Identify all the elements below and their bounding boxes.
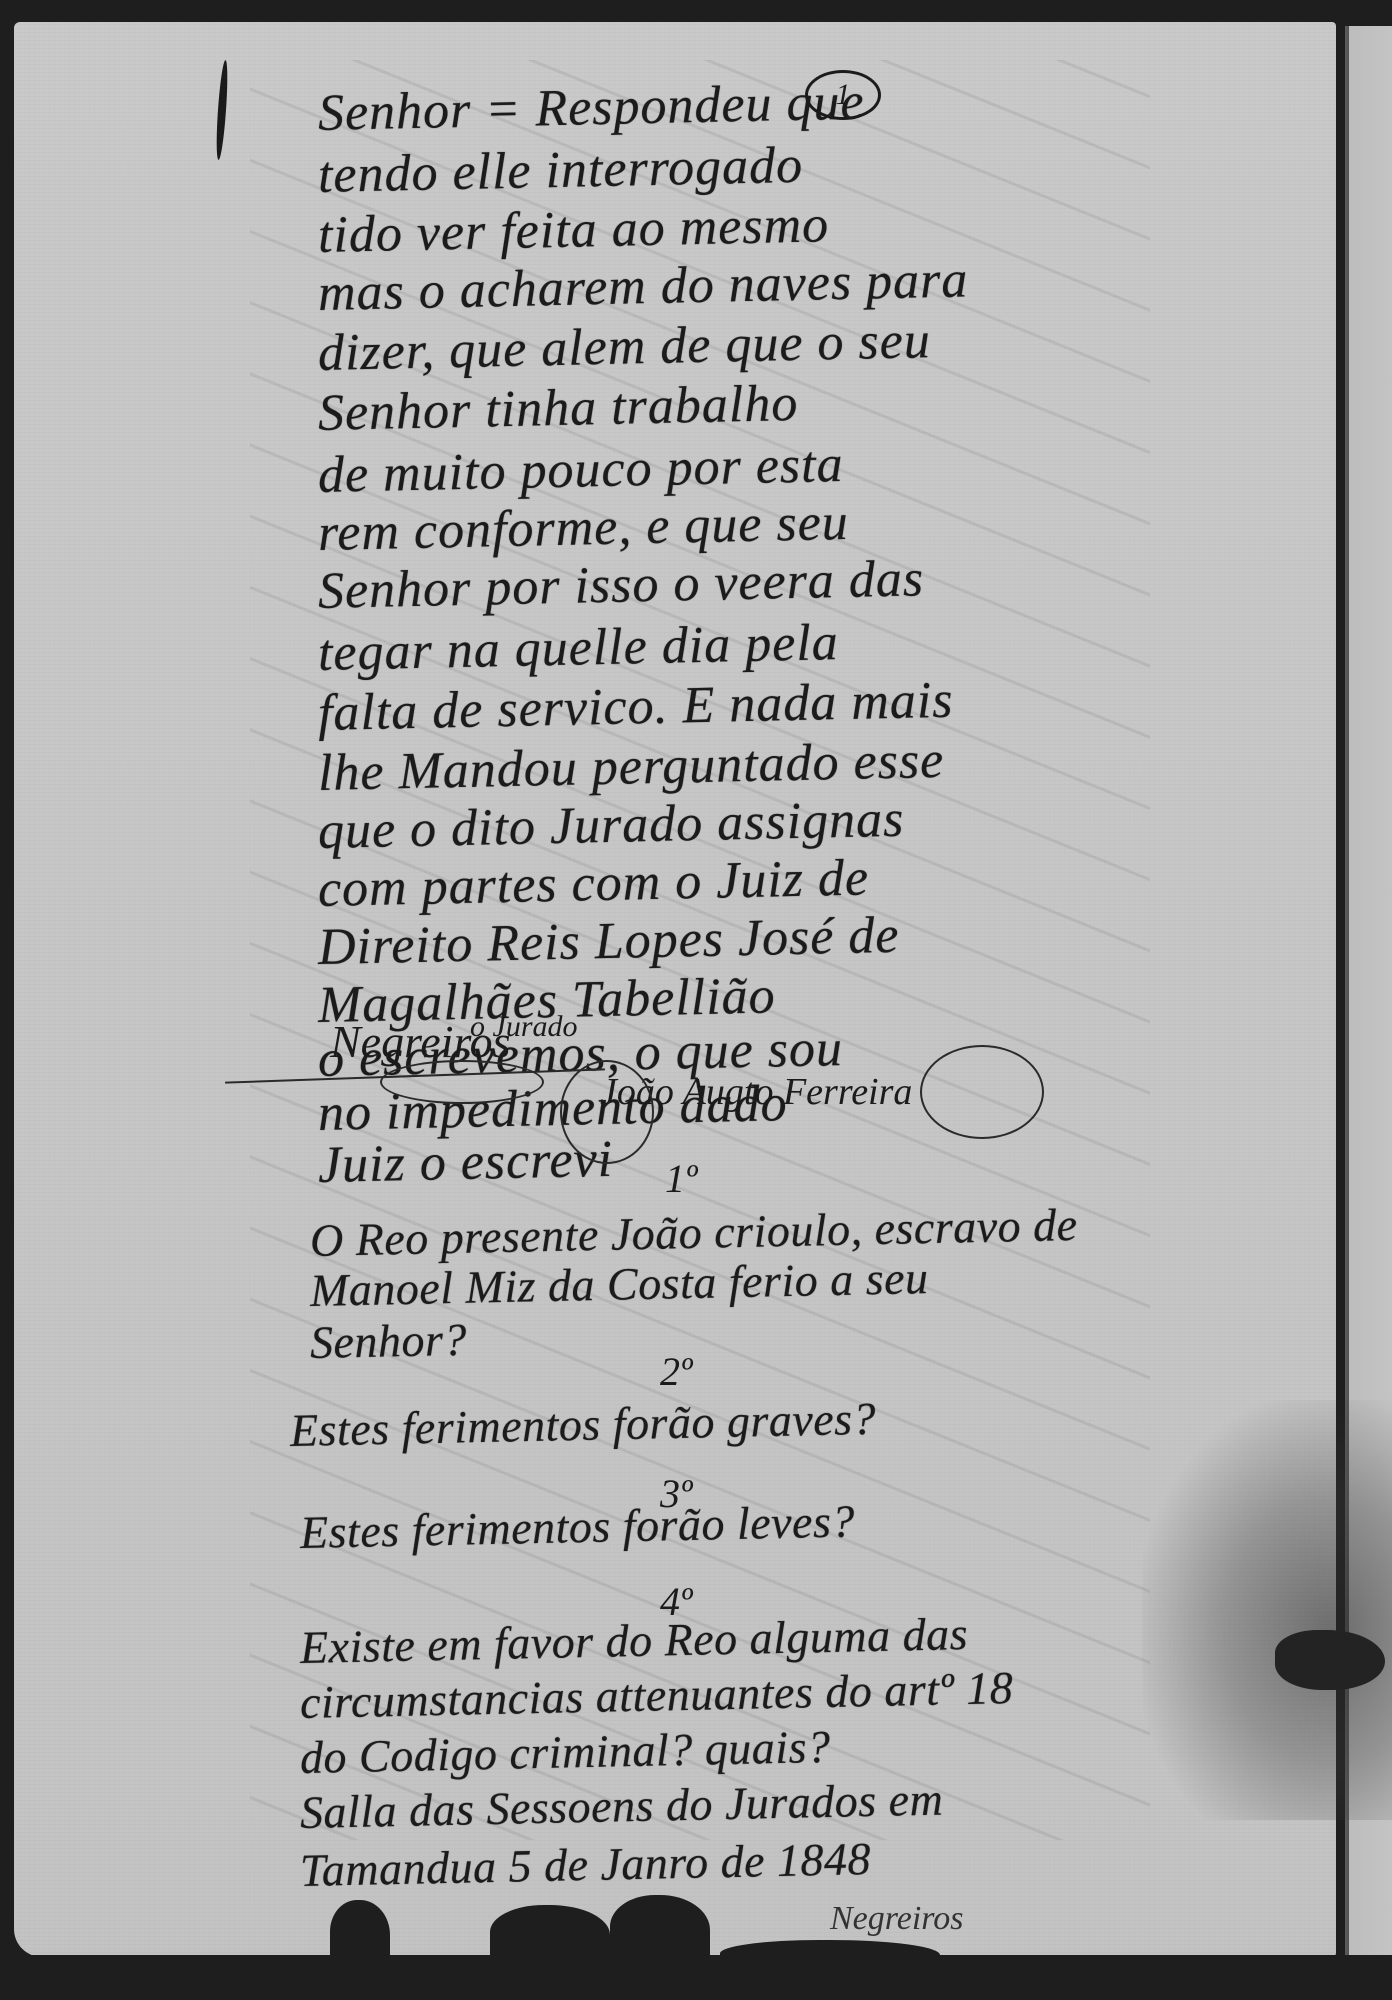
paper-damage-bottom xyxy=(330,1900,390,1970)
testimony-line: que o dito Jurado assignas xyxy=(317,794,904,858)
testimony-line: Direito Reis Lopes José de xyxy=(317,910,899,974)
question-number: 2º xyxy=(660,1348,692,1395)
water-stain xyxy=(1142,1400,1392,1820)
testimony-line: rem conforme, e que seu xyxy=(317,497,849,560)
question-number: 1º xyxy=(665,1155,697,1202)
testimony-line: lhe Mandou perguntado esse xyxy=(317,735,944,800)
testimony-line: tido ver feita ao mesmo xyxy=(317,199,829,262)
paper-damage-bottom xyxy=(610,1895,710,1965)
closing-line: Tamandua 5 de Janro de 1848 xyxy=(300,1836,872,1894)
testimony-line: com partes com o Juiz de xyxy=(317,852,869,916)
signature-flourish xyxy=(560,1060,654,1164)
paper-damage-bottom xyxy=(490,1905,610,1965)
question-line: Estes ferimentos forão graves? xyxy=(290,1396,877,1454)
paper-damage-hole xyxy=(1275,1630,1385,1690)
testimony-line: Senhor = Respondeu que xyxy=(317,77,865,140)
testimony-line: dizer, que alem de que o seu xyxy=(317,315,931,380)
signature-title: o Jurado xyxy=(470,1010,578,1044)
testimony-line: Senhor tinha trabalho xyxy=(317,378,798,440)
testimony-line: mas o acharem do naves para xyxy=(317,254,968,320)
signature-flourish xyxy=(920,1045,1044,1139)
closing-signature: Negreiros xyxy=(830,1900,963,1938)
paper-damage-bottom xyxy=(720,1940,940,1970)
testimony-line: falta de servico. E nada mais xyxy=(317,675,954,740)
testimony-line: de muito pouco por esta xyxy=(317,439,844,502)
question-line: Estes ferimentos forão leves? xyxy=(300,1498,856,1556)
testimony-line: tegar na quelle dia pela xyxy=(317,617,839,680)
signature-flourish xyxy=(380,1060,544,1104)
question-line: do Codigo criminal? quais? xyxy=(300,1724,831,1781)
testimony-line: tendo elle interrogado xyxy=(317,140,803,202)
testimony-line: Senhor por isso o veera das xyxy=(317,553,924,618)
question-line: Senhor? xyxy=(310,1317,468,1366)
